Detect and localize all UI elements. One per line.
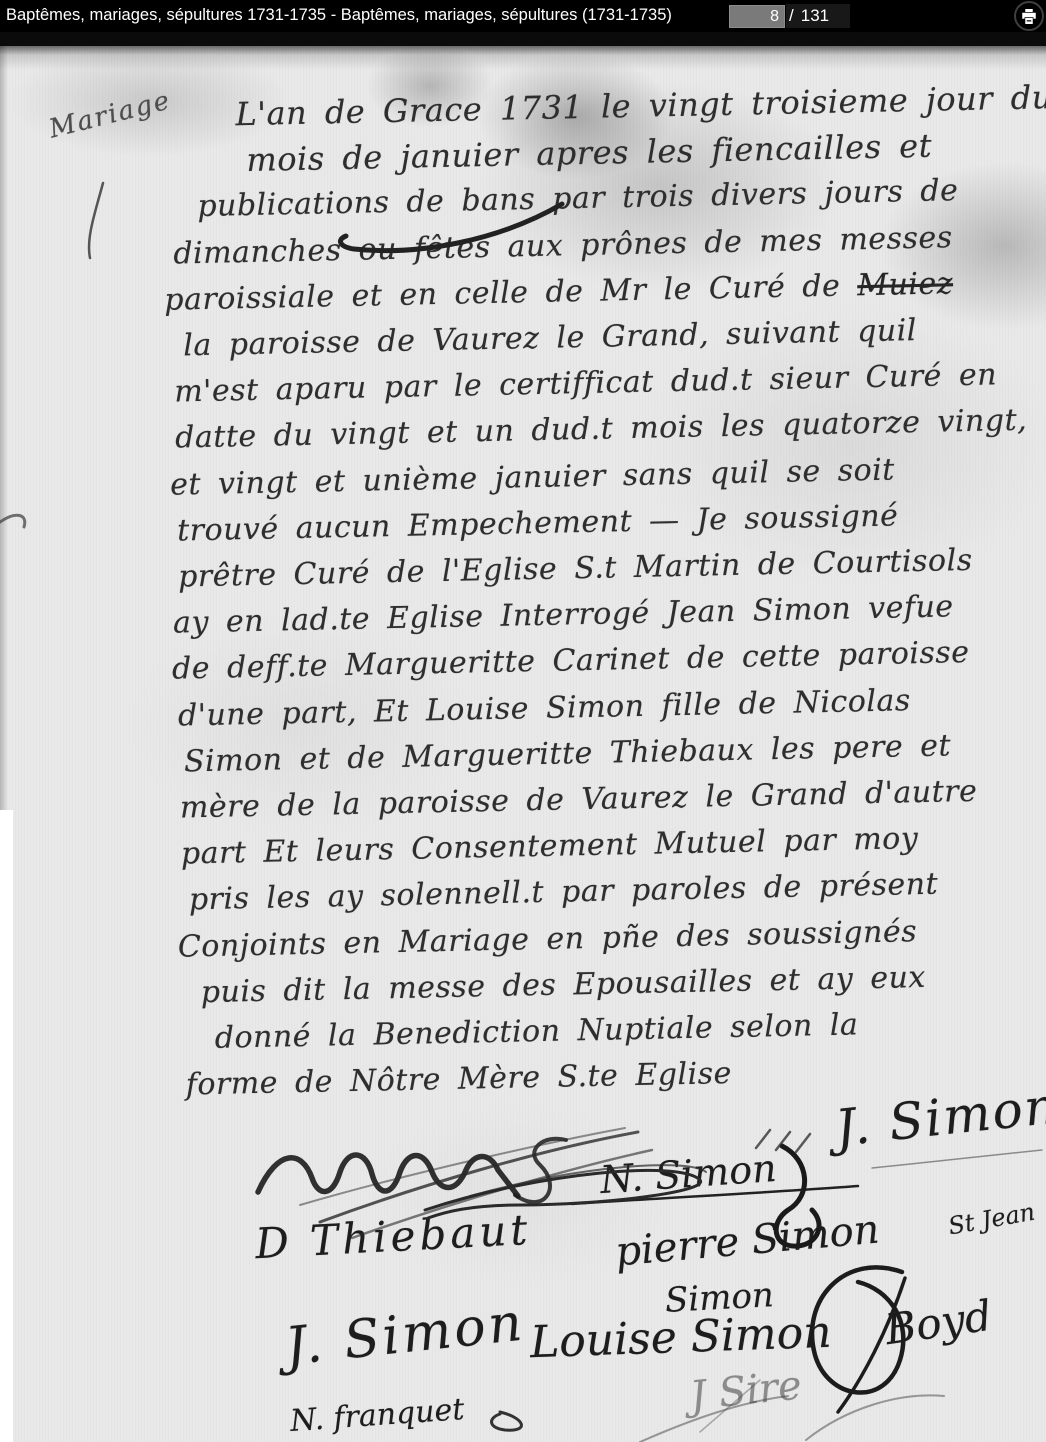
page-left-margin-strip (0, 810, 13, 1442)
page-number-input[interactable] (729, 5, 785, 28)
struck-word: Muiez (857, 266, 953, 303)
scan-left-edge (0, 46, 8, 810)
printer-icon (1014, 1, 1044, 31)
manuscript-line-text: paroissiale et en celle de Mr le Curé de (164, 268, 841, 317)
page-count: / 131 (786, 4, 850, 28)
viewer-titlebar: Baptêmes, mariages, sépultures 1731-1735… (0, 0, 1046, 32)
print-button[interactable] (1012, 1, 1045, 31)
page-separator: / (789, 6, 794, 26)
page-total: 131 (801, 6, 829, 26)
document-title: Baptêmes, mariages, sépultures 1731-1735… (6, 6, 672, 25)
manuscript-text-block: L'an de Grace 1731 le vingt troisieme jo… (150, 75, 1046, 1110)
signature-louise-simon: Louise Simon (529, 1307, 832, 1368)
